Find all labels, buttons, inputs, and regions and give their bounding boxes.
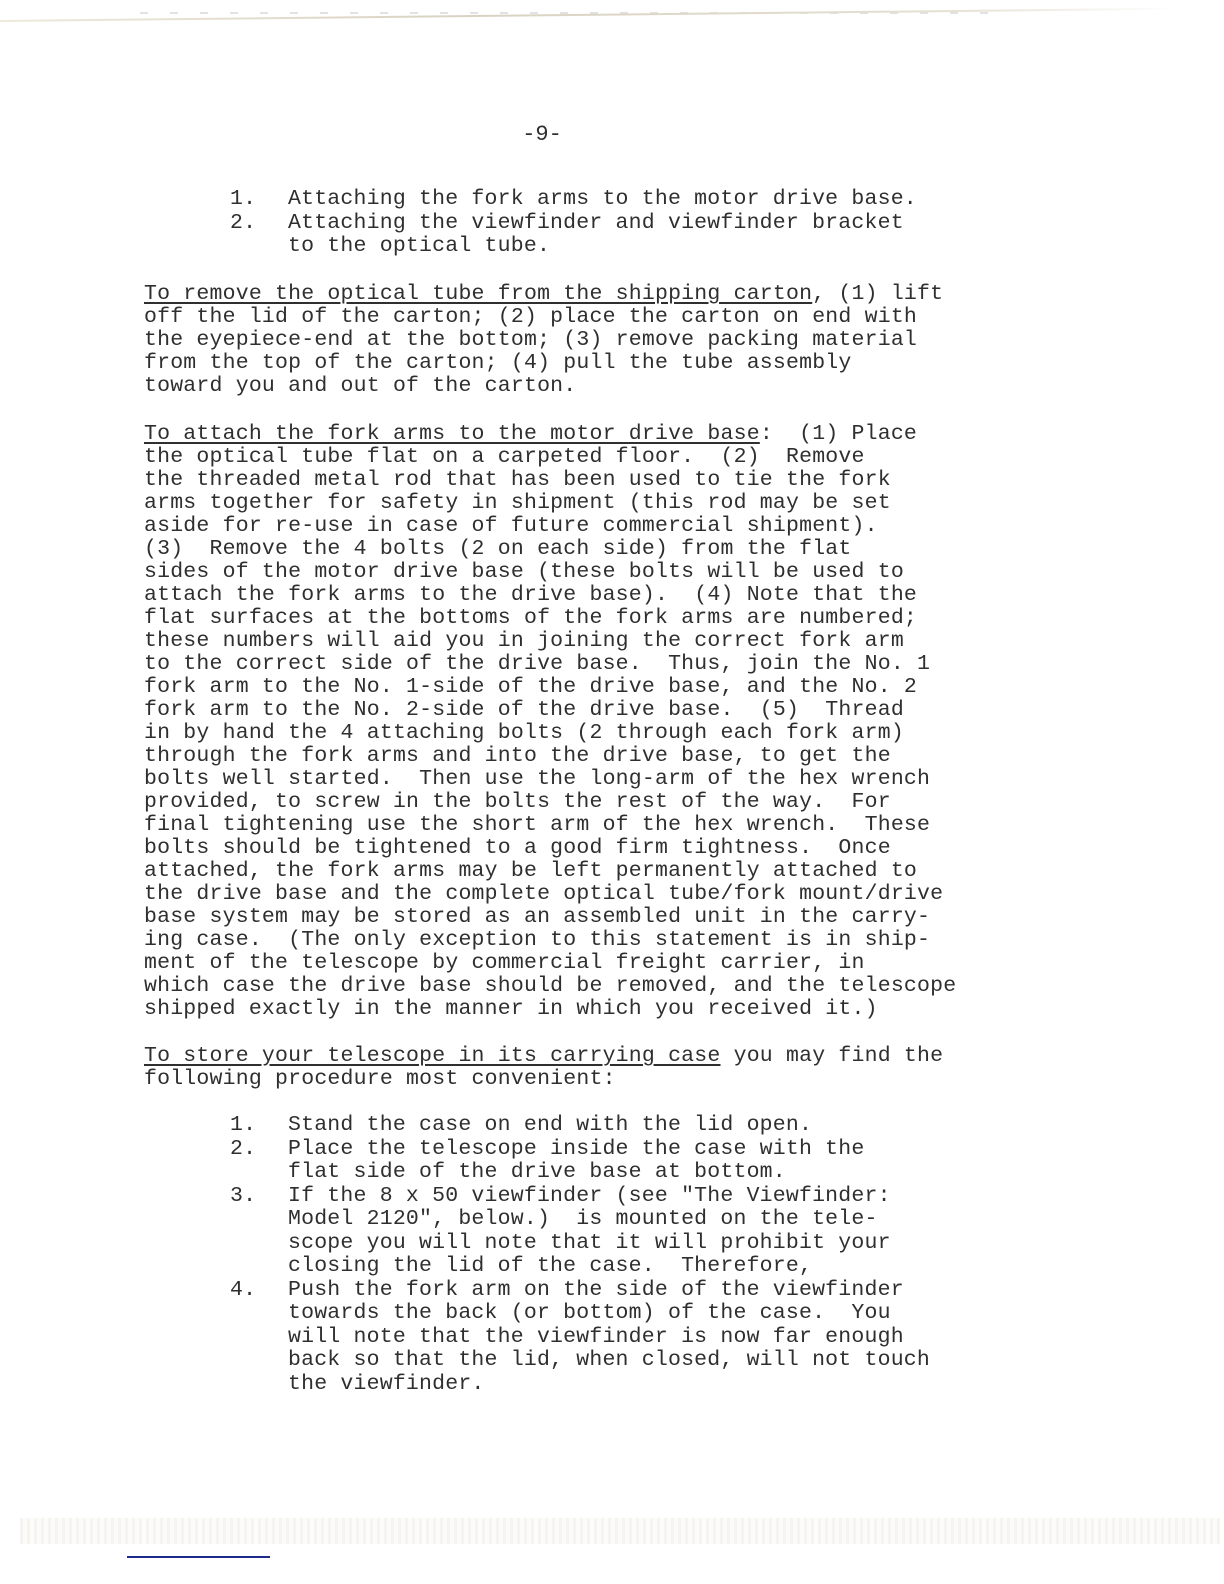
- scan-artifact-bottom-band: [20, 1518, 1220, 1544]
- section-body: the optical tube flat on a carpeted floo…: [144, 445, 956, 1021]
- page-number: -9-: [0, 122, 1084, 147]
- scan-artifact-top-line: [0, 8, 1180, 22]
- list-item-text: Attaching the fork arms to the motor dri…: [288, 188, 917, 212]
- list-item-text: Attaching the viewfinder and viewfinder …: [288, 212, 904, 259]
- intro-list: 1. Attaching the fork arms to the motor …: [230, 188, 917, 259]
- list-item-number: 2.: [230, 1138, 288, 1185]
- list-item: 3. If the 8 x 50 viewfinder (see "The Vi…: [230, 1185, 930, 1279]
- section-heading: To remove the optical tube from the ship…: [144, 282, 812, 306]
- section-body-first-line: , (1) lift: [812, 282, 943, 306]
- section-body-first-line: : (1) Place: [760, 422, 917, 446]
- section-body: off the lid of the carton; (2) place the…: [144, 305, 917, 398]
- bottom-blue-rule: [127, 1556, 270, 1558]
- list-item-number: 4.: [230, 1279, 288, 1397]
- list-item-text: Push the fork arm on the side of the vie…: [288, 1279, 930, 1397]
- list-item-number: 1.: [230, 1114, 288, 1138]
- section-attach-fork-arms: To attach the fork arms to the motor dri…: [144, 423, 956, 1021]
- list-item: 1. Stand the case on end with the lid op…: [230, 1114, 930, 1138]
- section-store-telescope: To store your telescope in its carrying …: [144, 1045, 943, 1091]
- list-item: 1. Attaching the fork arms to the motor …: [230, 188, 917, 212]
- list-item-number: 2.: [230, 212, 288, 259]
- list-item-number: 3.: [230, 1185, 288, 1279]
- list-item: 2. Attaching the viewfinder and viewfind…: [230, 212, 917, 259]
- list-item: 2. Place the telescope inside the case w…: [230, 1138, 930, 1185]
- section-body: following procedure most convenient:: [144, 1067, 616, 1091]
- list-item-number: 1.: [230, 188, 288, 212]
- section-heading: To store your telescope in its carrying …: [144, 1044, 721, 1068]
- list-item-text: Place the telescope inside the case with…: [288, 1138, 865, 1185]
- section-heading: To attach the fork arms to the motor dri…: [144, 422, 760, 446]
- list-item-text: Stand the case on end with the lid open.: [288, 1114, 812, 1138]
- section-body-first-line: you may find the: [721, 1044, 944, 1068]
- store-procedure-list: 1. Stand the case on end with the lid op…: [230, 1114, 930, 1396]
- list-item-text: If the 8 x 50 viewfinder (see "The Viewf…: [288, 1185, 891, 1279]
- section-remove-optical-tube: To remove the optical tube from the ship…: [144, 283, 943, 398]
- list-item: 4. Push the fork arm on the side of the …: [230, 1279, 930, 1397]
